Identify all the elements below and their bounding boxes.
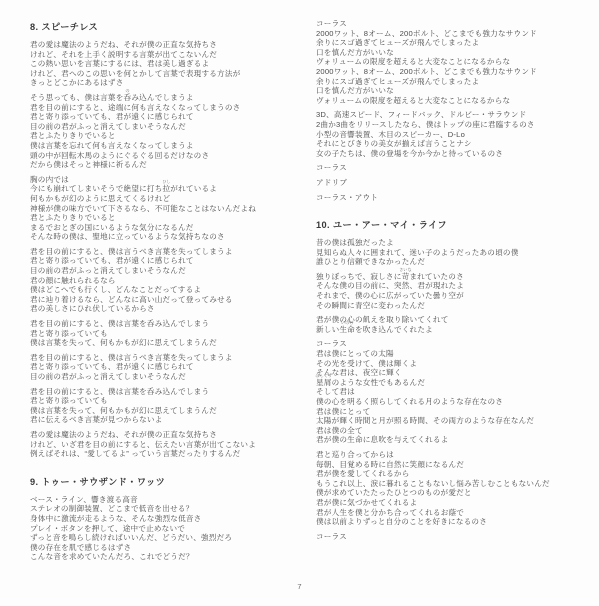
- lyric-line: 身体中に激流が走るような、そんな強烈な低音さ: [30, 514, 308, 524]
- lyric-line: 君を目の前にすると、僕は言うべき言葉を失ってしまうよ: [30, 353, 308, 363]
- stanza: 胸の内では今にも崩れてしまいそうで絶望に打ち拉ひしがれているよ何もかもが幻のよう…: [30, 175, 308, 242]
- lyric-line: それまで、僕の心に広がっていた曇り空が: [316, 291, 594, 301]
- lyric-line: 君が僕の心の飢えを取り除いてくれて: [316, 315, 594, 325]
- stanza: 君の愛は魔法のようだね、それが僕の正直な気持ちさけれど、それを上手く説明する言葉…: [30, 40, 308, 88]
- lyric-line: 君と寄り添っていても、君が遠くに感じられて: [30, 256, 308, 266]
- stanza: 昔の僕は孤独だったよ見知らぬ人々に囲まれて、迷い子のようだったあの頃の僕誰ひとり…: [316, 238, 594, 267]
- lyric-line: 僕は以前よりずっと自分のことを好きになるのさ: [316, 517, 594, 527]
- lyric-line: ベース・ライン、響き渡る高音: [30, 495, 308, 505]
- ruby-annotation: 呑の: [124, 93, 132, 103]
- lyric-line: 君が僕を愛してくれるから: [316, 469, 594, 479]
- lyric-line: 僕は言葉を失って、何もかもが幻に思えてしまうんだ: [30, 338, 308, 348]
- song-title: 10. ユー・アー・マイ・ライフ: [316, 217, 594, 231]
- page-number: 7: [0, 582, 599, 591]
- left-column: 8. スピーチレス君の愛は魔法のようだね、それが僕の正直な気持ちさけれど、それを…: [30, 19, 308, 567]
- stanza: 独りぼっちで、寂しさに苛さいなまれていたのさそんな僕の目の前に、突然、君が現れた…: [316, 272, 594, 310]
- stanza: 3D、高速スピード、フィードバック、ドルビー・サラウンド2曲か3曲をリリースした…: [316, 110, 594, 158]
- lyric-line: その瞬間に青空に変わったんだ: [316, 301, 594, 311]
- lyric-line: 君と巡り合ってからは: [316, 450, 594, 460]
- lyric-line: 君を目の前にすると、僕は言葉を呑み込んでしまう: [30, 387, 308, 397]
- stanza: 君を目の前にすると、僕は言葉を呑み込んでしまう君と寄り添っていても僕は言葉を失っ…: [30, 387, 308, 425]
- lyric-line: 君が僕の生命に息吹を与えてくれるよ: [316, 435, 594, 445]
- lyric-line: 君を目の前にすると、途端に何も言えなくなってしまうのさ: [30, 103, 308, 113]
- song-title: 8. スピーチレス: [30, 19, 308, 33]
- lyric-line: 2曲か3曲をリリースしたなら、僕はトップの座に君臨するのさ: [316, 120, 594, 130]
- lyric-line: けれど、それを上手く説明する言葉が出てこないんだ: [30, 50, 308, 60]
- stanza: コーラス君は僕にとっての太陽その光を受けて、僕は輝くよそんな君は、夜空に輝く星屑…: [316, 339, 594, 445]
- lyric-line: 君が僕に気づかせてくれるよ: [316, 498, 594, 508]
- lyric-line: 君と寄り添っていても、君が遠くに感じられて: [30, 362, 308, 372]
- lyric-line: 女の子たちは、僕の登場を今か今かと待っているのさ: [316, 149, 594, 159]
- lyric-line: 君は僕の全て: [316, 426, 594, 436]
- lyric-line: 口を慎んだ方がいいな: [316, 48, 594, 58]
- lyric-line: 君と寄り添っていても: [30, 329, 308, 339]
- stanza: そう思っても、僕は言葉を呑のみ込んでしまうよ君を目の前にすると、途端に何も言えな…: [30, 93, 308, 170]
- lyric-line: 僕の存在を肌で感じるはずさ: [30, 543, 308, 553]
- lyric-line: 2000ワット、8オーム、200ボルト、どこまでも強力なサウンド: [316, 67, 594, 77]
- lyric-line: 余りにスゴ過ぎてヒューズが飛んでしまったよ: [316, 38, 594, 48]
- lyric-line: だから僕はそっと神様に祈るんだ: [30, 160, 308, 170]
- stanza: コーラス: [316, 532, 594, 542]
- lyric-line: この熱い思いを言葉にするには、君は美し過ぎるよ: [30, 59, 308, 69]
- lyric-line: 君の顔に触れられるなら: [30, 276, 308, 286]
- song-title: 9. トゥー・サウザンド・ワッツ: [30, 474, 308, 488]
- stanza: 君と巡り合ってからは毎朝、目覚める時に自然に笑顔になるんだ君が僕を愛してくれるか…: [316, 450, 594, 527]
- stanza: 君を目の前にすると、僕は言うべき言葉を失ってしまうよ君と寄り添っていても、君が遠…: [30, 247, 308, 314]
- lyric-line: そして君は: [316, 387, 594, 397]
- lyric-line: 僕の心を明るく照らしてくれる月のような存在なのさ: [316, 397, 594, 407]
- lyric-line: 僕はどこへでも行くし、どんなことだってするよ: [30, 285, 308, 295]
- lyric-line: コーラス: [316, 339, 594, 349]
- lyric-line: 見知らぬ人々に囲まれて、迷い子のようだったあの頃の僕: [316, 248, 594, 258]
- lyric-line: 新しい生命いのちを吹き込んでくれたよ: [316, 325, 594, 335]
- lyric-line: 3D、高速スピード、フィードバック、ドルビー・サラウンド: [316, 110, 594, 120]
- stanza: 君を目の前にすると、僕は言うべき言葉を失ってしまうよ君と寄り添っていても、君が遠…: [30, 353, 308, 382]
- lyric-line: 何もかもが幻のように思えてくるけれど: [30, 194, 308, 204]
- lyric-line: ステレオの制御装置、どこまで低音を出せる？: [30, 504, 308, 514]
- lyric-line: 君と寄り添っていても、君が遠くに感じられて: [30, 112, 308, 122]
- stanza: コーラス・アウト: [316, 193, 594, 203]
- lyric-line: 例えばそれは、“愛してるよ” っていう言葉だったりするんだ: [30, 449, 308, 459]
- stanza: コーラス2000ワット、8オーム、200ボルト、どこまでも強力なサウンド余りにス…: [316, 19, 594, 105]
- lyric-line: 誰ひとり信頼できなかったんだ: [316, 257, 594, 267]
- ruby-annotation: 生命いのち: [339, 325, 355, 335]
- lyric-line: そんな君は、夜空に輝く: [316, 368, 594, 378]
- lyric-line: 今にも崩れてしまいそうで絶望に打ち拉ひしがれているよ: [30, 184, 308, 194]
- lyric-line: 君の美しさにひれ伏しているからさ: [30, 304, 308, 314]
- lyric-line: 君は僕にとって: [316, 407, 594, 417]
- lyric-line: 君が人生を僕と分かち合ってくれるお蔭で: [316, 508, 594, 518]
- lyric-line: コーラス: [316, 163, 594, 173]
- lyric-line: もうこれ以上、涙に暮れることもないし悩み苦しむこともないんだ: [316, 479, 594, 489]
- lyric-line: 僕が求めていたたったひとつのものが愛だと: [316, 488, 594, 498]
- stanza: 君を目の前にすると、僕は言葉を呑み込んでしまう君と寄り添っていても僕は言葉を失っ…: [30, 319, 308, 348]
- lyric-line: 君とふたりきりでいると: [30, 131, 308, 141]
- lyric-line: 2000ワット、8オーム、200ボルト、どこまでも強力なサウンド: [316, 29, 594, 39]
- lyric-line: こんな音を求めていたんだろ、これでどうだ？: [30, 552, 308, 562]
- lyric-line: 頭の中が回転木馬のようにぐるぐる回るだけなのさ: [30, 151, 308, 161]
- lyric-line: 君と寄り添っていても: [30, 396, 308, 406]
- ruby-annotation: 拉ひし: [163, 184, 171, 194]
- lyric-line: 神様が僕の味方でいて下さるなら、不可能なことはないんだよね: [30, 204, 308, 214]
- lyric-line: 君に辿り着けるなら、どんなに高い山だって登ってみせる: [30, 295, 308, 305]
- lyric-line: けれど、君へのこの思いを何とかして言葉で表現する方法が: [30, 69, 308, 79]
- lyric-line: 僕は言葉を失って、何もかもが幻に思えてしまうんだ: [30, 406, 308, 416]
- lyric-line: そんな僕の目の前に、突然、君が現れたよ: [316, 281, 594, 291]
- stanza: コーラス: [316, 163, 594, 173]
- stanza: 君が僕の心の飢えを取り除いてくれて新しい生命いのちを吹き込んでくれたよ: [316, 315, 594, 334]
- lyric-line: 目の前の君がふっと消えてしまいそうなんだ: [30, 122, 308, 132]
- stanza: ベース・ライン、響き渡る高音ステレオの制御装置、どこまで低音を出せる？身体中に激…: [30, 495, 308, 562]
- lyric-line: 君を目の前にすると、僕は言葉を呑み込んでしまう: [30, 319, 308, 329]
- ruby-annotation: 星屑ほしくず: [316, 378, 332, 388]
- right-column: コーラス2000ワット、8オーム、200ボルト、どこまでも強力なサウンド余りにス…: [316, 19, 594, 546]
- lyric-line: その光を受けて、僕は輝くよ: [316, 359, 594, 369]
- lyric-line: けれど、いざ君を目の前にすると、伝えたい言葉が出てこないよ: [30, 440, 308, 450]
- lyric-line: そう思っても、僕は言葉を呑のみ込んでしまうよ: [30, 93, 308, 103]
- lyric-line: きっとどこかにあるはずさ: [30, 78, 308, 88]
- lyric-line: 僕は言葉を忘れて何も言えなくなってしまうよ: [30, 141, 308, 151]
- lyric-line: 君は僕にとっての太陽: [316, 349, 594, 359]
- lyric-line: 目の前の君がふっと消えてしまいそうなんだ: [30, 266, 308, 276]
- ruby-annotation: 苛さいな: [402, 272, 410, 282]
- lyric-line: 太陽が輝く時間と月が照る時間、その両方のような存在なんだ: [316, 416, 594, 426]
- lyric-line: 昔の僕は孤独だったよ: [316, 238, 594, 248]
- lyrics-page: 8. スピーチレス君の愛は魔法のようだね、それが僕の正直な気持ちさけれど、それを…: [0, 0, 599, 606]
- lyric-line: アドリブ: [316, 178, 594, 188]
- lyric-line: 目の前の君がふっと消えてしまいそうなんだ: [30, 372, 308, 382]
- lyric-line: コーラス・アウト: [316, 193, 594, 203]
- lyric-line: それにとびきりの美女が揃えば言うことナシ: [316, 139, 594, 149]
- lyric-line: 君とふたりきりでいると: [30, 213, 308, 223]
- lyric-line: 口を慎んだ方がいいな: [316, 86, 594, 96]
- lyric-line: 君の愛は魔法のようだね、それが僕の正直な気持ちさ: [30, 430, 308, 440]
- lyric-line: 君に伝えるべき言葉が見つからないよ: [30, 415, 308, 425]
- stanza: 君の愛は魔法のようだね、それが僕の正直な気持ちさけれど、いざ君を目の前にすると、…: [30, 430, 308, 459]
- lyric-line: 小型の音響装置、木目のスピーカー、D-Lo: [316, 130, 594, 140]
- lyric-line: 君の愛は魔法のようだね、それが僕の正直な気持ちさ: [30, 40, 308, 50]
- lyric-line: ずっと音を鳴らし続ければいいんだ、どうだい、強烈だろ: [30, 533, 308, 543]
- lyric-line: まるでおとぎの国にいるような気分になるんだ: [30, 223, 308, 233]
- lyric-line: ヴォリュームの限度を超えると大変なことになるからな: [316, 57, 594, 67]
- stanza: アドリブ: [316, 178, 594, 188]
- lyric-line: コーラス: [316, 532, 594, 542]
- lyric-line: プレイ・ボタンを押して、途中で止めないで: [30, 524, 308, 534]
- lyric-line: 星屑ほしくずのような女性でもあるんだ: [316, 378, 594, 388]
- lyric-line: コーラス: [316, 19, 594, 29]
- lyric-line: 余りにスゴ過ぎてヒューズが飛んでしまったよ: [316, 77, 594, 87]
- lyric-line: ヴォリュームの限度を超えると大変なことになるからな: [316, 96, 594, 106]
- lyric-line: 毎朝、目覚める時に自然に笑顔になるんだ: [316, 460, 594, 470]
- lyric-line: そんな時の僕は、聖地に立っているような気持ちなのさ: [30, 232, 308, 242]
